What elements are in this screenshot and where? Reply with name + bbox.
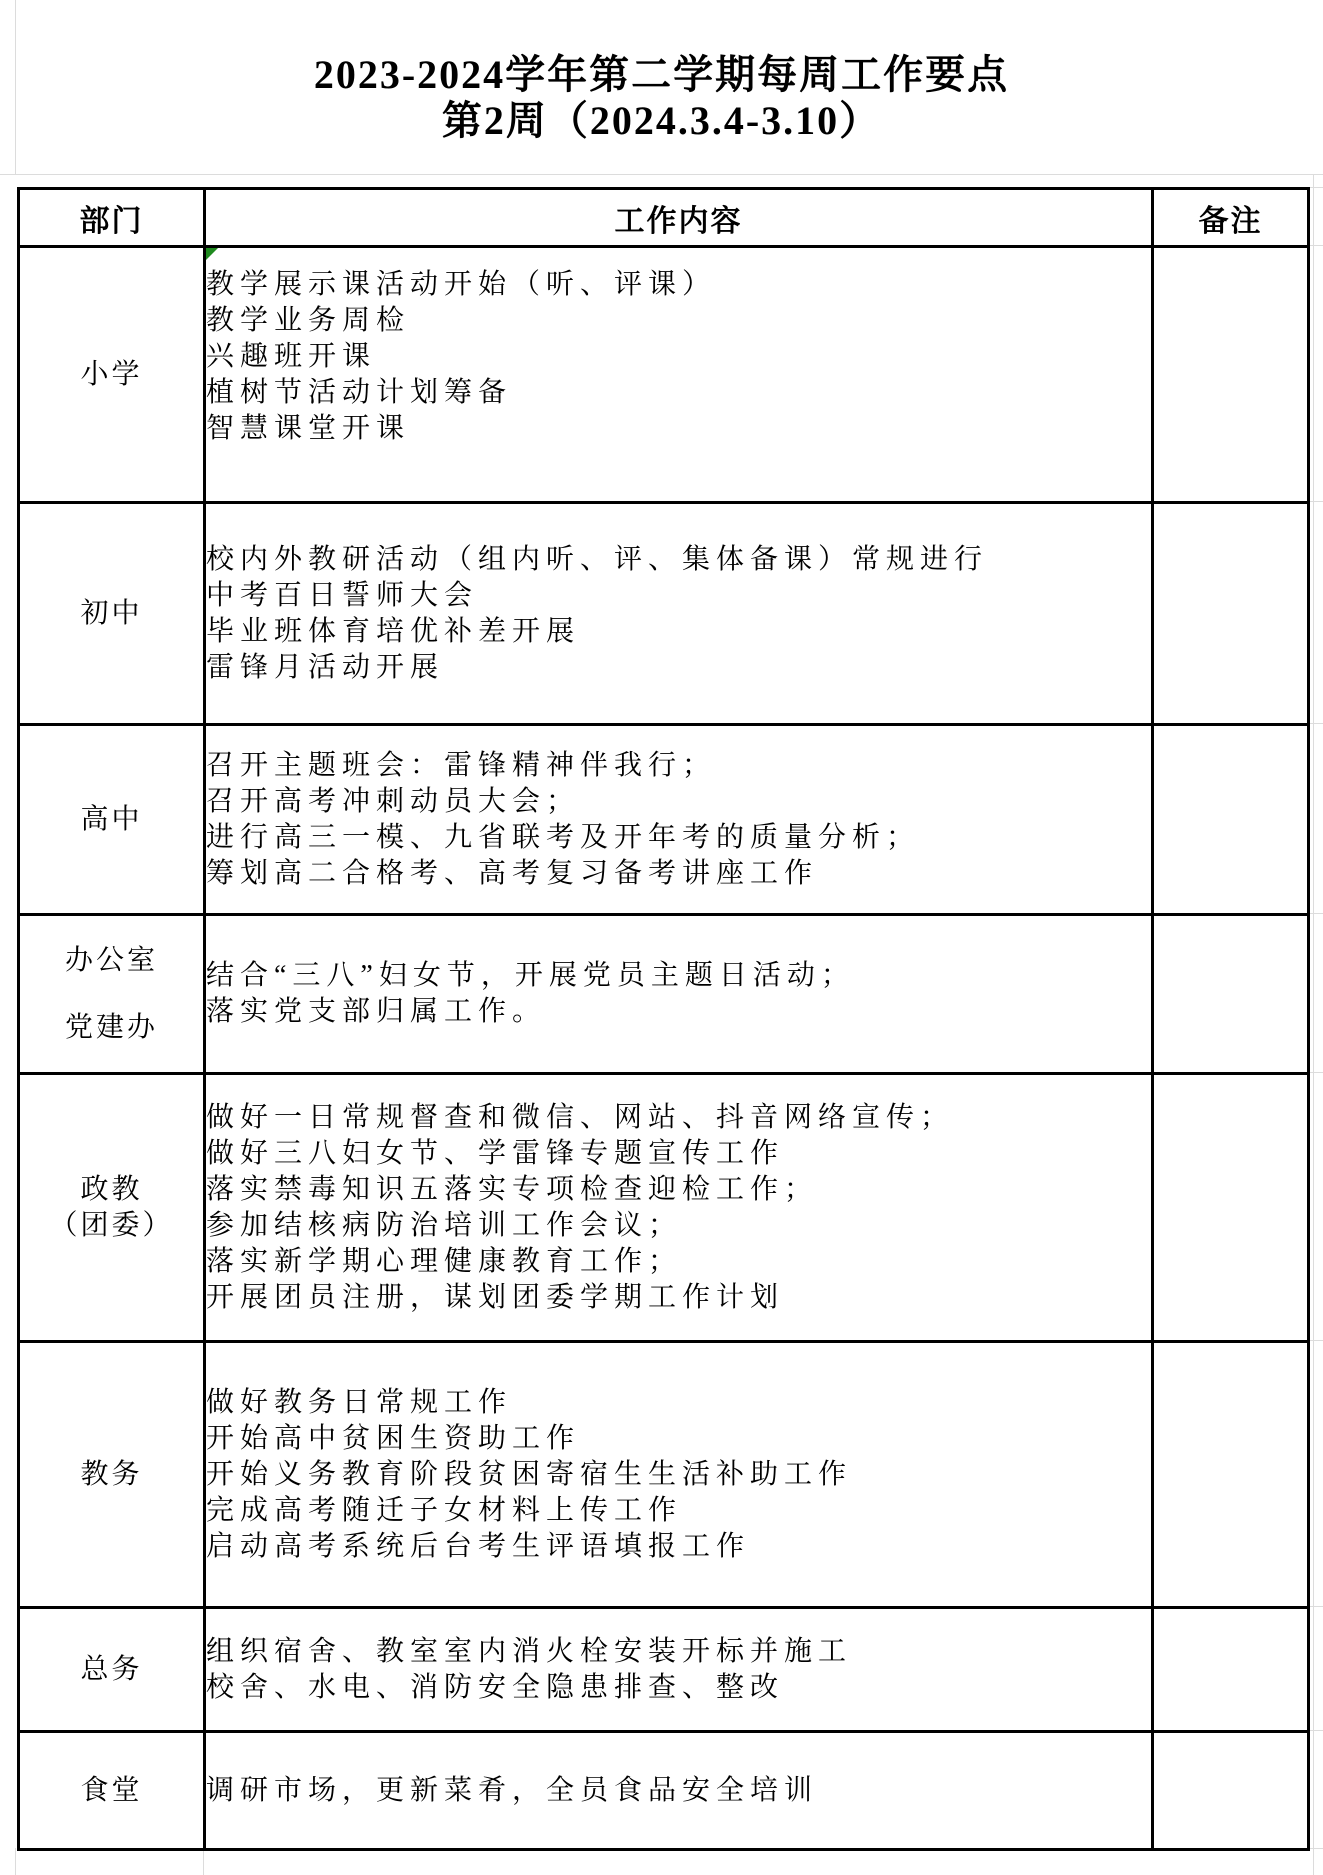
task-line: 召开主题班会：雷锋精神伴我行； (206, 748, 1151, 784)
department-cell[interactable]: 总务 (19, 1608, 205, 1732)
sheet-gridline (1310, 187, 1323, 188)
sheet-gridline (1310, 501, 1323, 502)
table-row: 教务 做好教务日常规工作开始高中贫困生资助工作开始义务教育阶段贫困寄宿生生活补助… (19, 1342, 1309, 1608)
department-cell[interactable]: 教务 (19, 1342, 205, 1608)
task-line: 组织宿舍、教室室内消火栓安装开标并施工 (206, 1634, 1151, 1670)
task-line: 启动高考系统后台考生评语填报工作 (206, 1529, 1151, 1565)
task-line: 毕业班体育培优补差开展 (206, 614, 1151, 650)
remark-cell[interactable] (1153, 1342, 1309, 1608)
department-label: 办公室 (65, 943, 158, 979)
sheet-gridline (1313, 174, 1314, 1875)
remark-cell[interactable] (1153, 1608, 1309, 1732)
task-line: 做好三八妇女节、学雷锋专题宣传工作 (206, 1136, 1151, 1172)
table-row: 政教（团委） 做好一日常规督查和微信、网站、抖音网络宣传；做好三八妇女节、学雷锋… (19, 1074, 1309, 1342)
task-line: 开展团员注册，谋划团委学期工作计划 (206, 1280, 1151, 1316)
header-cell-remark[interactable]: 备注 (1153, 189, 1309, 247)
task-line: 参加结核病防治培训工作会议； (206, 1208, 1151, 1244)
task-line: 开始高中贫困生资助工作 (206, 1421, 1151, 1457)
remark-cell[interactable] (1153, 725, 1309, 915)
department-cell[interactable]: 初中 (19, 503, 205, 725)
remark-cell[interactable] (1153, 1074, 1309, 1342)
task-line: 进行高三一模、九省联考及开年考的质量分析； (206, 820, 1151, 856)
task-line: 召开高考冲刺动员大会； (206, 784, 1151, 820)
department-cell[interactable]: 高中 (19, 725, 205, 915)
task-line: 校舍、水电、消防安全隐患排查、整改 (206, 1670, 1151, 1706)
work-content-cell[interactable]: 结合“三八”妇女节，开展党员主题日活动；落实党支部归属工作。 (205, 915, 1153, 1074)
task-line: 落实禁毒知识五落实专项检查迎检工作； (206, 1172, 1151, 1208)
header-cell-department[interactable]: 部门 (19, 189, 205, 247)
work-content-cell[interactable]: 教学展示课活动开始（听、评课）教学业务周检兴趣班开课植树节活动计划筹备智慧课堂开… (205, 247, 1153, 503)
work-content-cell[interactable]: 做好教务日常规工作开始高中贫困生资助工作开始义务教育阶段贫困寄宿生生活补助工作完… (205, 1342, 1153, 1608)
sheet-gridline (1310, 245, 1323, 246)
sheet-gridline (1310, 913, 1323, 914)
table-row: 总务 组织宿舍、教室室内消火栓安装开标并施工校舍、水电、消防安全隐患排查、整改 (19, 1608, 1309, 1732)
sheet-gridline (1310, 1072, 1323, 1073)
work-content-cell[interactable]: 做好一日常规督查和微信、网站、抖音网络宣传；做好三八妇女节、学雷锋专题宣传工作落… (205, 1074, 1153, 1342)
task-line: 落实党支部归属工作。 (206, 994, 1151, 1030)
department-cell[interactable]: 办公室党建办 (19, 915, 205, 1074)
remark-cell[interactable] (1153, 1732, 1309, 1850)
task-line: 中考百日誓师大会 (206, 578, 1151, 614)
sheet-gridline (1310, 723, 1323, 724)
department-label: 政教 (80, 1172, 142, 1208)
document-title-line2: 第2周（2024.3.4-3.10） (0, 98, 1323, 144)
sheet-gridline (1310, 1606, 1323, 1607)
sheet-gridline (1310, 1848, 1323, 1849)
remark-cell[interactable] (1153, 915, 1309, 1074)
department-label: 高中 (80, 802, 142, 838)
sheet-gridline (1310, 1730, 1323, 1731)
sheet-gridline (1310, 1340, 1323, 1341)
department-cell[interactable]: 小学 (19, 247, 205, 503)
department-label: 初中 (80, 596, 142, 632)
table-row: 办公室党建办 结合“三八”妇女节，开展党员主题日活动；落实党支部归属工作。 (19, 915, 1309, 1074)
department-label: 教务 (80, 1457, 142, 1493)
table-row: 食堂 调研市场，更新菜肴，全员食品安全培训 (19, 1732, 1309, 1850)
department-label: （团委） (49, 1208, 173, 1244)
task-line: 做好一日常规督查和微信、网站、抖音网络宣传； (206, 1100, 1151, 1136)
work-content-cell[interactable]: 组织宿舍、教室室内消火栓安装开标并施工校舍、水电、消防安全隐患排查、整改 (205, 1608, 1153, 1732)
work-content-cell[interactable]: 校内外教研活动（组内听、评、集体备课）常规进行中考百日誓师大会毕业班体育培优补差… (205, 503, 1153, 725)
task-line: 智慧课堂开课 (206, 411, 1151, 447)
table-header-row: 部门 工作内容 备注 (19, 189, 1309, 247)
department-label: 食堂 (80, 1773, 142, 1809)
remark-cell[interactable] (1153, 247, 1309, 503)
task-line: 做好教务日常规工作 (206, 1385, 1151, 1421)
table-row: 高中 召开主题班会：雷锋精神伴我行；召开高考冲刺动员大会；进行高三一模、九省联考… (19, 725, 1309, 915)
header-cell-work-content[interactable]: 工作内容 (205, 189, 1153, 247)
department-cell[interactable]: 食堂 (19, 1732, 205, 1850)
spreadsheet-page: 2023-2024学年第二学期每周工作要点 第2周（2024.3.4-3.10）… (0, 0, 1323, 1875)
task-line: 结合“三八”妇女节，开展党员主题日活动； (206, 958, 1151, 994)
task-line: 落实新学期心理健康教育工作； (206, 1244, 1151, 1280)
weekly-work-table: 部门 工作内容 备注 小学 教学展示课活动开始（听、评课）教学业务周检兴趣班开课… (17, 187, 1310, 1851)
document-title-line1: 2023-2024学年第二学期每周工作要点 (0, 52, 1323, 98)
task-line: 完成高考随迁子女材料上传工作 (206, 1493, 1151, 1529)
task-line: 调研市场，更新菜肴，全员食品安全培训 (206, 1773, 1151, 1809)
task-line: 筹划高二合格考、高考复习备考讲座工作 (206, 856, 1151, 892)
table-row: 初中 校内外教研活动（组内听、评、集体备课）常规进行中考百日誓师大会毕业班体育培… (19, 503, 1309, 725)
cell-error-indicator-icon (206, 248, 218, 260)
work-content-cell[interactable]: 调研市场，更新菜肴，全员食品安全培训 (205, 1732, 1153, 1850)
department-label: 总务 (80, 1652, 142, 1688)
document-title: 2023-2024学年第二学期每周工作要点 第2周（2024.3.4-3.10） (0, 52, 1323, 144)
task-line: 兴趣班开课 (206, 339, 1151, 375)
sheet-gridline (203, 1848, 204, 1875)
department-cell[interactable]: 政教（团委） (19, 1074, 205, 1342)
task-line: 校内外教研活动（组内听、评、集体备课）常规进行 (206, 542, 1151, 578)
table-row: 小学 教学展示课活动开始（听、评课）教学业务周检兴趣班开课植树节活动计划筹备智慧… (19, 247, 1309, 503)
task-line: 植树节活动计划筹备 (206, 375, 1151, 411)
task-line: 教学业务周检 (206, 303, 1151, 339)
task-line: 开始义务教育阶段贫困寄宿生生活补助工作 (206, 1457, 1151, 1493)
work-content-cell[interactable]: 召开主题班会：雷锋精神伴我行；召开高考冲刺动员大会；进行高三一模、九省联考及开年… (205, 725, 1153, 915)
task-line: 教学展示课活动开始（听、评课） (206, 267, 1151, 303)
department-label: 小学 (80, 357, 142, 393)
department-label: 党建办 (65, 1010, 158, 1046)
task-line: 雷锋月活动开展 (206, 650, 1151, 686)
sheet-gridline (15, 1848, 16, 1875)
sheet-gridline (0, 174, 1323, 175)
remark-cell[interactable] (1153, 503, 1309, 725)
